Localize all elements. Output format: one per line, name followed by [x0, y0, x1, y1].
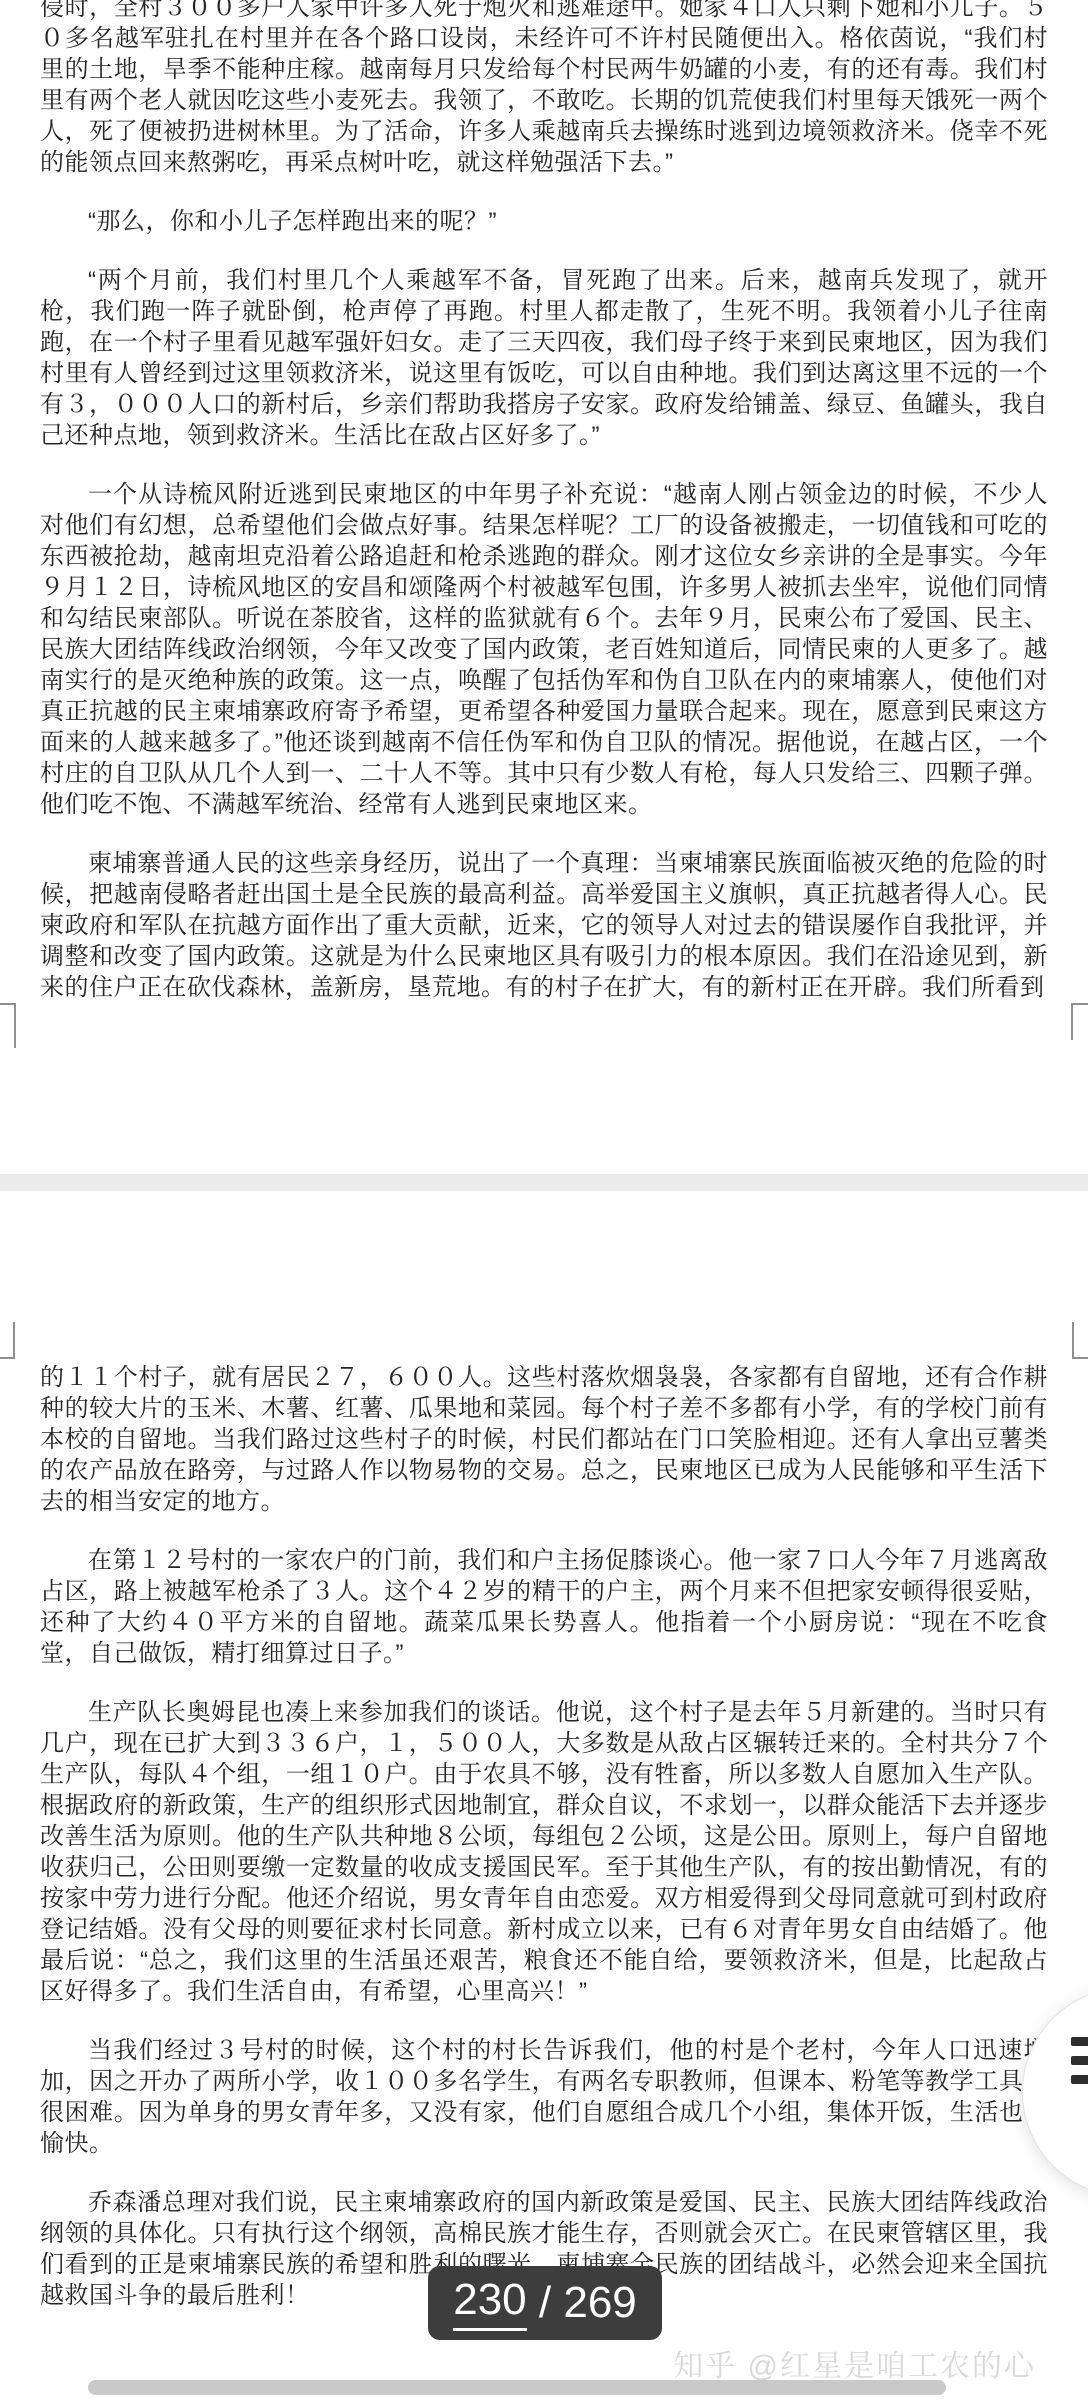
page-indicator[interactable]: 230 / 269 [428, 2266, 662, 2340]
page-1-text: 侵时，全村３００多户人家中许多人死于炮火和逃难途中。她家４口人只剩下她和小儿子。… [40, 0, 1048, 1006]
page-separator-band [0, 1174, 1088, 1191]
page-2-text: 的１１个村子，就有居民２７，６００人。这些村落炊烟袅袅，各家都有自留地，还有合作… [40, 1362, 1048, 2311]
watermark: 知乎 @红星是咱工农的心 [673, 2341, 1036, 2385]
reading-progress-bar[interactable] [88, 2380, 946, 2395]
page-1-bottom-left-crop-mark [0, 1003, 16, 1048]
paragraph: 的１１个村子，就有居民２７，６００人。这些村落炊烟袅袅，各家都有自留地，还有合作… [40, 1362, 1048, 1517]
paragraph: “两个月前，我们村里几个人乘越军不备，冒死跑了出来。后来，越南兵发现了，就开枪，… [40, 265, 1048, 451]
total-page-number: 269 [563, 2278, 636, 2328]
menu-icon [1071, 2037, 1088, 2046]
menu-icon [1071, 2075, 1088, 2084]
paragraph: 当我们经过３号村的时候，这个村的村长告诉我们，他的村是个老村，今年人口迅速增加，… [40, 2035, 1048, 2159]
reader-screen: 侵时，全村３００多户人家中许多人死于炮火和逃难途中。她家４口人只剩下她和小儿子。… [0, 0, 1088, 2400]
page-2-top-left-crop-mark [0, 1322, 15, 1359]
current-page-number[interactable]: 230 [453, 2275, 526, 2331]
paragraph: 生产队长奥姆昆也凑上来参加我们的谈话。他说，这个村子是去年５月新建的。当时只有几… [40, 1697, 1048, 2007]
paragraph: “那么，你和小儿子怎样跑出来的呢？” [40, 206, 1048, 237]
paragraph: 在第１２号村的一家农户的门前，我们和户主扬促膝谈心。他一家７口人今年７月逃离敌占… [40, 1545, 1048, 1669]
page-separator-slash: / [527, 2278, 564, 2328]
page-1-bottom-right-crop-mark [1071, 1003, 1088, 1040]
paragraph: 侵时，全村３００多户人家中许多人死于炮火和逃难途中。她家４口人只剩下她和小儿子。… [40, 0, 1048, 178]
menu-icon [1071, 2056, 1088, 2065]
paragraph: 一个从诗梳风附近逃到民柬地区的中年男子补充说：“越南人刚占领金边的时候，不少人对… [40, 479, 1048, 820]
page-2-top-right-crop-mark [1072, 1322, 1088, 1359]
paragraph: 柬埔寨普通人民的这些亲身经历，说出了一个真理：当柬埔寨民族面临被灭绝的危险的时候… [40, 848, 1048, 1003]
